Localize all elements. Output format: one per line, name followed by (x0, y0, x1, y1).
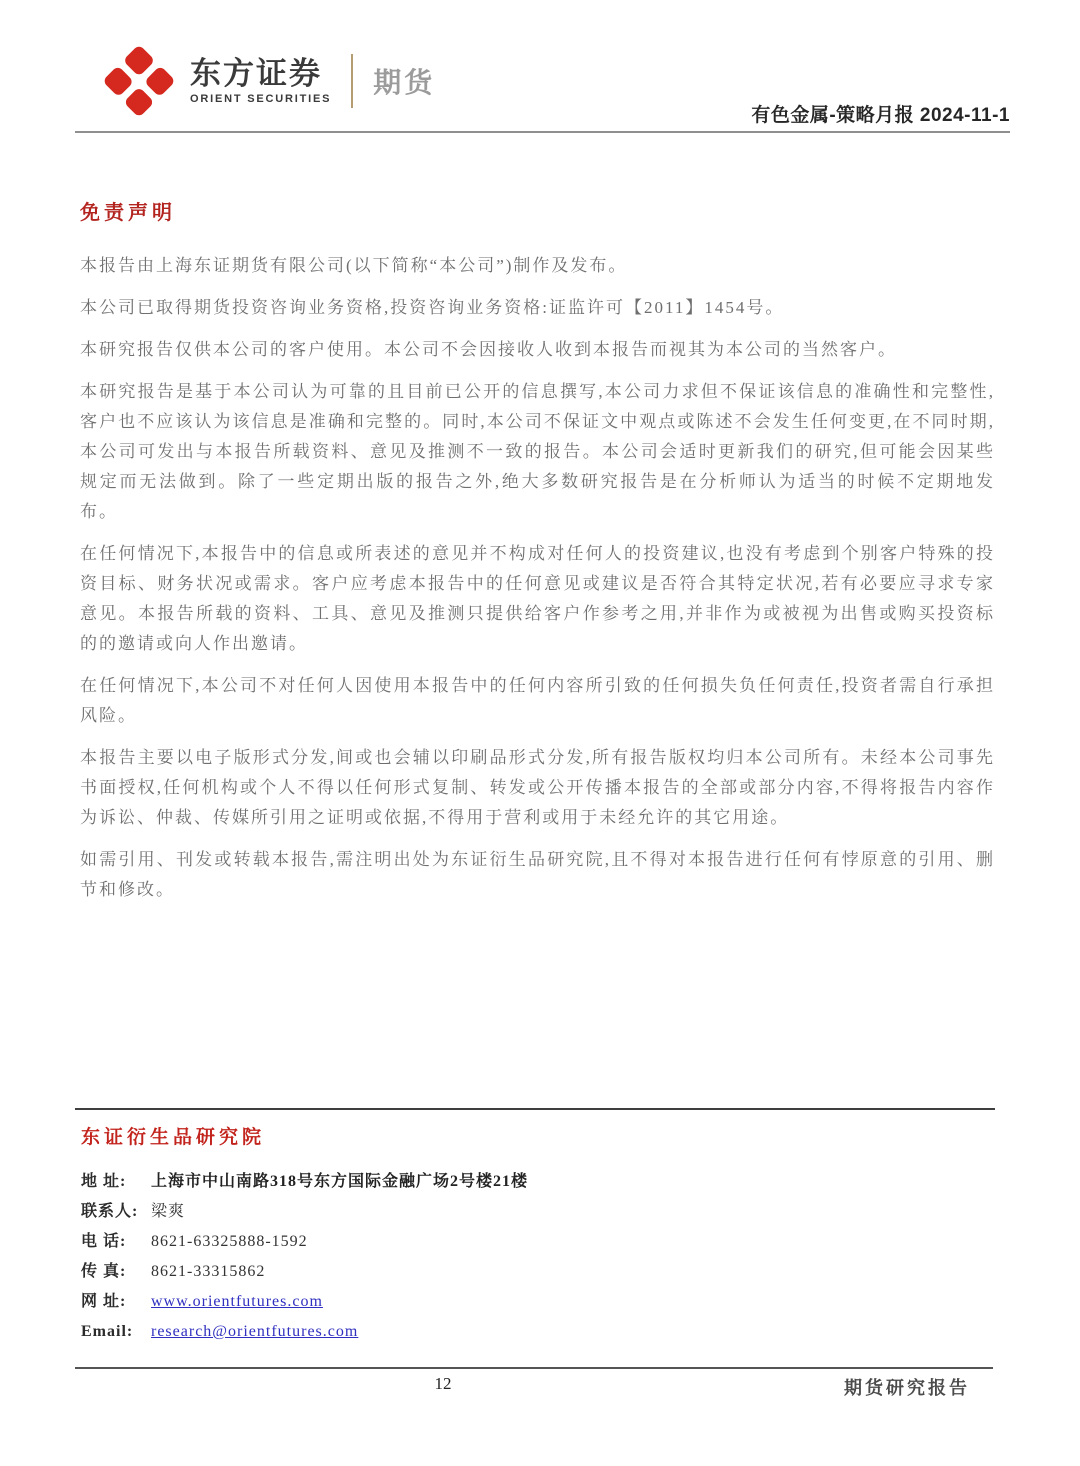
orient-securities-logo-icon (100, 42, 178, 120)
brand-business-unit: 期货 (373, 61, 435, 101)
contact-row-website: 网 址:www.orientfutures.com (75, 1287, 995, 1317)
contact-row-phone: 电 话:8621-63325888-1592 (75, 1227, 995, 1257)
disclaimer-paragraph: 在任何情况下,本公司不对任何人因使用本报告中的任何内容所引致的任何损失负任何责任… (80, 671, 995, 731)
four-diamond-icon (102, 44, 176, 118)
contact-row-address: 地 址:上海市中山南路318号东方国际金融广场2号楼21楼 (75, 1167, 995, 1197)
disclaimer-paragraph: 本研究报告仅供本公司的客户使用。本公司不会因接收人收到本报告而视其为本公司的当然… (80, 335, 995, 365)
disclaimer-paragraph: 如需引用、刊发或转载本报告,需注明出处为东证衍生品研究院,且不得对本报告进行任何… (80, 845, 995, 905)
contact-value-fax: 8621-33315862 (151, 1263, 265, 1280)
disclaimer-paragraph: 本公司已取得期货投资咨询业务资格,投资咨询业务资格:证监许可【2011】1454… (80, 293, 995, 323)
institute-title: 东证衍生品研究院 (75, 1122, 995, 1149)
brand-name-english: ORIENT SECURITIES (190, 93, 331, 105)
brand-name-chinese: 东方证券 (190, 57, 331, 91)
disclaimer-title: 免责声明 (80, 196, 995, 225)
disclaimer-paragraph: 本报告由上海东证期货有限公司(以下简称“本公司”)制作及发布。 (80, 251, 995, 281)
contact-value-person: 梁爽 (151, 1203, 185, 1220)
report-title-date: 有色金属-策略月报 2024-11-1 (751, 100, 1010, 127)
footer-report-type: 期货研究报告 (844, 1374, 970, 1400)
header-divider (75, 131, 1010, 133)
contact-label: 地 址: (81, 1167, 143, 1197)
page-number: 12 (405, 1374, 481, 1394)
contact-label: 电 话: (81, 1227, 143, 1257)
brand-divider (351, 54, 353, 108)
brand-header: 东方证券 ORIENT SECURITIES 期货 (100, 42, 435, 120)
email-link[interactable]: research@orientfutures.com (151, 1323, 358, 1340)
contact-label: 联系人: (81, 1197, 143, 1227)
contact-value-phone: 8621-63325888-1592 (151, 1233, 308, 1250)
disclaimer-paragraph: 本研究报告是基于本公司认为可靠的且目前已公开的信息撰写,本公司力求但不保证该信息… (80, 377, 995, 527)
research-institute-section: 东证衍生品研究院 地 址:上海市中山南路318号东方国际金融广场2号楼21楼 联… (75, 1108, 995, 1347)
contact-row-fax: 传 真:8621-33315862 (75, 1257, 995, 1287)
disclaimer-paragraph: 本报告主要以电子版形式分发,间或也会辅以印刷品形式分发,所有报告版权均归本公司所… (80, 743, 995, 833)
contact-row-person: 联系人:梁爽 (75, 1197, 995, 1227)
brand-name-block: 东方证券 ORIENT SECURITIES (190, 57, 331, 105)
disclaimer-section: 免责声明 本报告由上海东证期货有限公司(以下简称“本公司”)制作及发布。 本公司… (80, 196, 995, 917)
website-link[interactable]: www.orientfutures.com (151, 1293, 323, 1310)
contact-label: Email: (81, 1317, 143, 1347)
contact-label: 传 真: (81, 1257, 143, 1287)
contact-row-email: Email:research@orientfutures.com (75, 1317, 995, 1347)
contact-label: 网 址: (81, 1287, 143, 1317)
disclaimer-paragraph: 在任何情况下,本报告中的信息或所表述的意见并不构成对任何人的投资建议,也没有考虑… (80, 539, 995, 659)
footer-divider (75, 1367, 993, 1369)
report-page: 东方证券 ORIENT SECURITIES 期货 有色金属-策略月报 2024… (0, 0, 1080, 1466)
contact-value-address: 上海市中山南路318号东方国际金融广场2号楼21楼 (151, 1173, 528, 1190)
